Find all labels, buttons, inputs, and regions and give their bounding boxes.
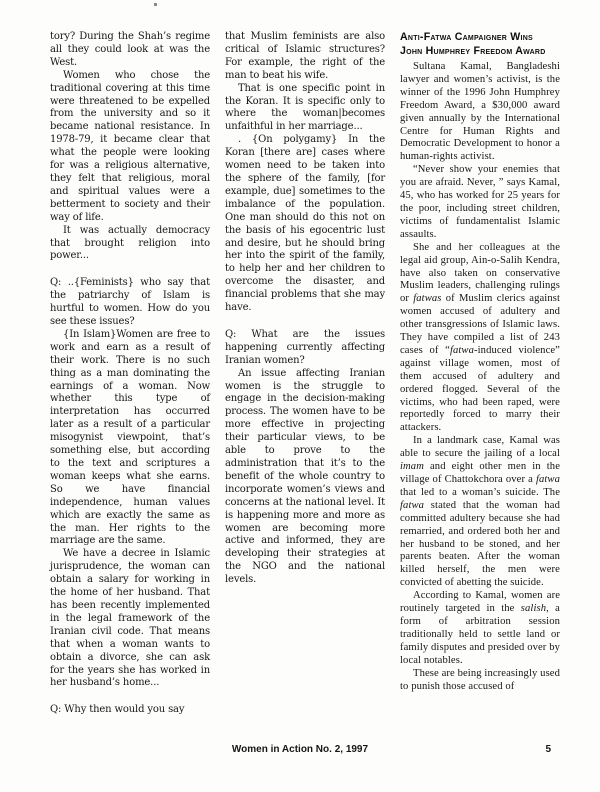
paragraph: Q: What are the issues happening current…	[225, 329, 385, 368]
page-footer: Women in Action No. 2, 1997 5	[0, 744, 600, 758]
paragraph: That is one specific point in the Koran.…	[225, 83, 385, 135]
column-1: tory? During the Shah’s regime all they …	[50, 31, 210, 717]
paragraph: Q: Why then would you say	[50, 704, 210, 717]
paragraph: She and her colleagues at the legal aid …	[400, 242, 560, 436]
paragraph: that Muslim feminists are also critical …	[225, 31, 385, 83]
column-2: that Muslim feminists are also critical …	[225, 31, 385, 717]
text-columns: tory? During the Shah’s regime all they …	[50, 31, 560, 717]
paragraph: These are being increasingly used to pun…	[400, 668, 560, 694]
page-number: 5	[545, 744, 551, 755]
scan-speck	[154, 3, 157, 6]
paragraph: It was actually democracy that brought r…	[50, 225, 210, 264]
article-heading: Anti-Fatwa Campaigner WinsJohn Humphrey …	[400, 31, 560, 58]
paragraph: According to Kamal, women are routinely …	[400, 590, 560, 667]
paragraph: Women who chose the traditional covering…	[50, 70, 210, 225]
paragraph: Q: ..{Feminists} who say that the patria…	[50, 277, 210, 329]
document-page: tory? During the Shah’s regime all they …	[0, 0, 600, 792]
paragraph: “Never show your enemies that you are af…	[400, 164, 560, 241]
paragraph: In a landmark case, Kamal was able to se…	[400, 435, 560, 590]
paragraph: An issue affecting Iranian women is the …	[225, 368, 385, 587]
column-3: Anti-Fatwa Campaigner WinsJohn Humphrey …	[400, 31, 560, 717]
journal-title: Women in Action No. 2, 1997	[0, 744, 600, 755]
paragraph: . {On polygamy} In the Koran [there are]…	[225, 134, 385, 315]
paragraph: tory? During the Shah’s regime all they …	[50, 31, 210, 70]
paragraph: Sultana Kamal, Bangladeshi lawyer and wo…	[400, 61, 560, 164]
paragraph: {In Islam}Women are free to work and ear…	[50, 329, 210, 548]
paragraph: We have a decree in Islamic jurisprudenc…	[50, 548, 210, 690]
